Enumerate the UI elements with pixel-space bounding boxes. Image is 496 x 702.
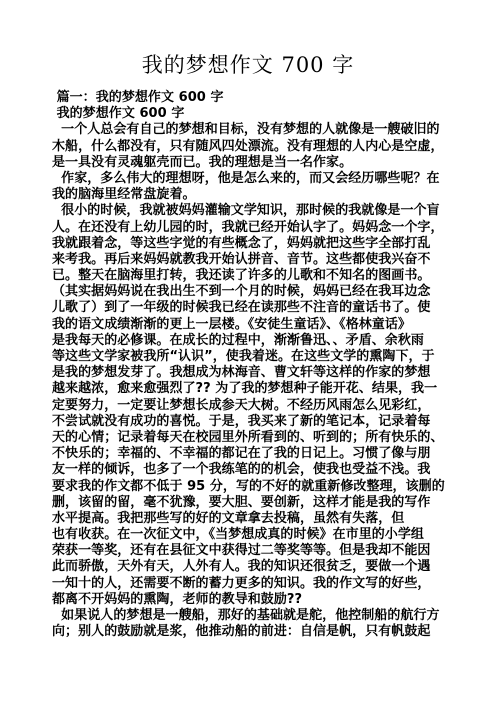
text-line: 是我的梦想发芽了。我想成为林海音、曹文轩等这样的作家的梦想: [52, 365, 452, 381]
text-line: 越来越浓，愈来愈强烈了?? 为了我的梦想种子能开花、结果，我一: [52, 381, 452, 397]
text-line: 不快乐的；幸福的、不幸福的都记在了我的日记上。习惯了像与朋: [52, 446, 452, 462]
text-line: 是一具没有灵魂躯壳而已。我的理想是当一名作家。: [52, 155, 452, 171]
text-line: 友一样的倾诉，也多了一个我练笔的的机会，使我也受益不浅。我: [52, 462, 452, 478]
text-line: 人。在还没有上幼儿园的时，我就已经开始认字了。妈妈念一个字，: [52, 220, 452, 236]
text-line: 也有收获。在一次征文中，《当梦想成真的时候》在市里的小学组: [52, 527, 452, 543]
text-line: 已。整天在脑海里打转，我还读了许多的儿歌和不知名的图画书。: [52, 268, 452, 284]
text-line: 向；别人的鼓励就是浆，他推动船的前进：自信是帆，只有帆鼓起: [52, 624, 452, 640]
text-line: 如果说人的梦想是一艘船，那好的基础就是舵，他控制船的航行方: [52, 608, 452, 624]
text-line: 我的梦想作文 600 字: [52, 106, 452, 122]
text-line: 我就跟着念，等这些字觉的有些概念了，妈妈就把这些字全部打乱: [52, 236, 452, 252]
text-line: 是我每天的必修课。在成长的过程中，渐渐鲁迅、、矛盾、余秋雨: [52, 333, 452, 349]
text-line: 不尝试就没有成功的喜悦。于是，我买来了新的笔记本，记录着每: [52, 414, 452, 430]
document-body: 篇一：我的梦想作文 600 字 我的梦想作文 600 字 一个人总会有自己的梦想…: [52, 90, 452, 640]
text-line: 此而骄傲，天外有天，人外有人。我的知识还很贫乏，要做一个遇: [52, 559, 452, 575]
text-line: 我的语文成绩渐渐的更上一层楼。《安徒生童话》、《格林童话》: [52, 317, 452, 333]
text-line: （其实据妈妈说在我出生不到一个月的时候，妈妈已经在我耳边念: [52, 284, 452, 300]
text-line: 水平提高。我把那些写的好的文章拿去投稿，虽然有失落，但: [52, 511, 452, 527]
text-line: 要求我的作文都不低于 95 分，写的不好的就重新修改整理，该删的: [52, 479, 452, 495]
text-line: 定要努力，一定要让梦想长成参天大树。不经历风雨怎么见彩红，: [52, 398, 452, 414]
text-line: 我的脑海里经常盘旋着。: [52, 187, 452, 203]
text-line: 一个人总会有自己的梦想和目标，没有梦想的人就像是一艘破旧的: [52, 122, 452, 138]
document-title: 我的梦想作文 700 字: [0, 50, 496, 80]
text-line: 荣获一等奖，还有在县征文中获得过二等奖等等。但是我却不能因: [52, 543, 452, 559]
text-line: 都离不开妈妈的熏陶，老师的教导和鼓励??: [52, 592, 452, 608]
text-line: 删，该留的留，毫不犹豫，要大胆、要创新，这样才能是我的写作: [52, 495, 452, 511]
text-line: 儿歌了）到了一年级的时候我已经在读那些不注音的童话书了。使: [52, 300, 452, 316]
text-line: 作家，多么伟大的理想呀，他是怎么来的，而又会经历哪些呢？在: [52, 171, 452, 187]
text-line: 木船，什么都没有，只有随风四处漂流。没有理想的人内心是空虚，: [52, 139, 452, 155]
document-page: 我的梦想作文 700 字 篇一：我的梦想作文 600 字 我的梦想作文 600 …: [0, 0, 496, 702]
text-line: 天的心情；记录着每天在校园里外所看到的、听到的；所有快乐的、: [52, 430, 452, 446]
text-line: 一知十的人，还需要不断的蓄力更多的知识。我的作文写的好些，: [52, 576, 452, 592]
text-line: 等这些文学家被我所“认识”，使我着迷。在这些文学的熏陶下，于: [52, 349, 452, 365]
text-line: 很小的时候，我就被妈妈灌输文学知识，那时候的我就像是一个盲: [52, 203, 452, 219]
text-line: 篇一：我的梦想作文 600 字: [52, 90, 452, 106]
text-line: 来考我。再后来妈妈就教我开始认拼音、音节。这些都使我兴奋不: [52, 252, 452, 268]
